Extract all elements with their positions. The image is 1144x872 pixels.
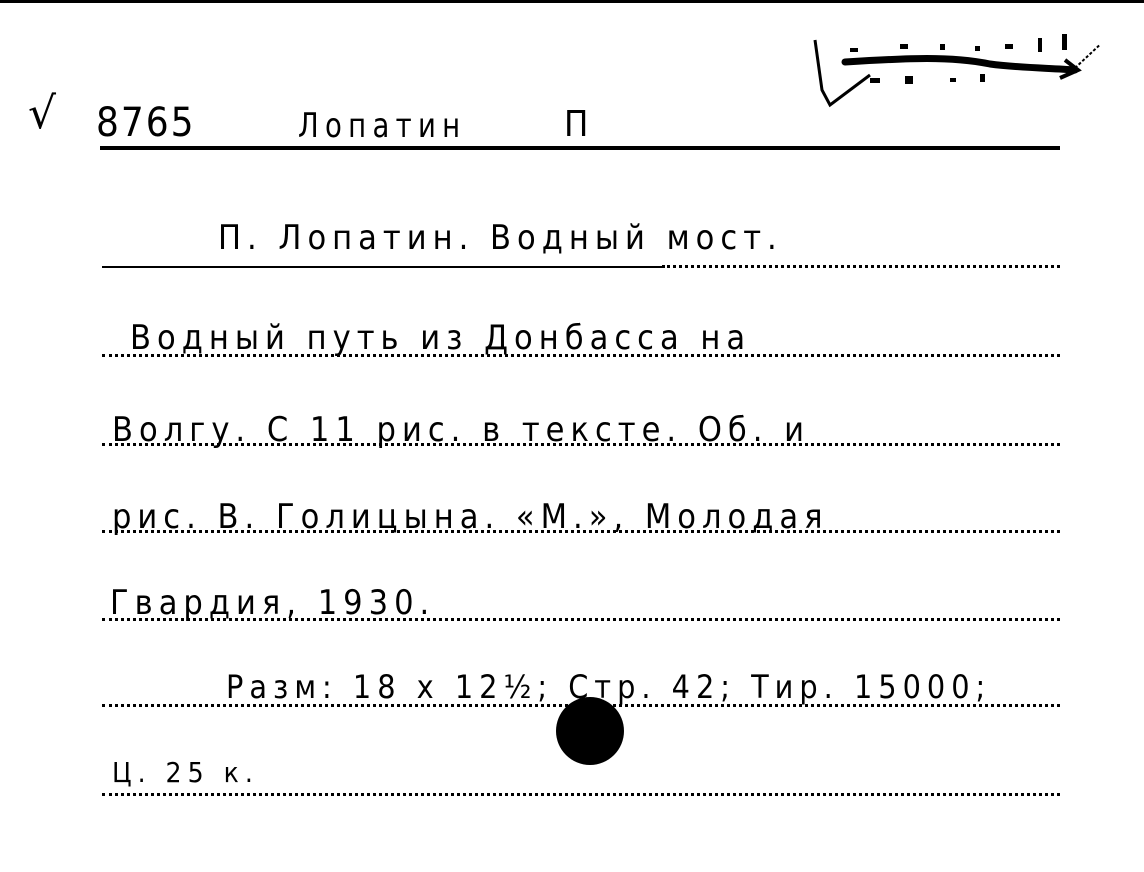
check-mark: √ (28, 92, 56, 136)
rule-4 (102, 530, 1060, 533)
card-line-5: Гвардия, 1930. (110, 583, 435, 623)
rule-3 (102, 443, 1060, 446)
rule-1-dotted (662, 265, 1060, 268)
rule-2 (102, 354, 1060, 357)
card-line-7: Ц. 25 к. (112, 756, 259, 789)
punch-hole (556, 697, 624, 765)
catalog-number: 8765 (96, 100, 196, 146)
catalog-card: √ 8765 Лопатин П П. Лопатин. Водный мост… (0, 0, 1144, 872)
card-top-edge (0, 0, 1144, 3)
heading-rule (100, 146, 1060, 150)
rule-5 (102, 618, 1060, 621)
card-line-2: Водный путь из Донбасса на (130, 318, 751, 358)
card-line-1: П. Лопатин. Водный мост. (218, 218, 783, 258)
card-line-6: Разм: 18 x 12½; Стр. 42; Тир. 15000; (226, 668, 991, 706)
author-heading: Лопатин (298, 106, 466, 146)
rule-1 (102, 266, 662, 268)
author-initial: П (564, 104, 594, 145)
crossed-out-stamp (810, 30, 1100, 110)
rule-7 (102, 793, 1060, 796)
